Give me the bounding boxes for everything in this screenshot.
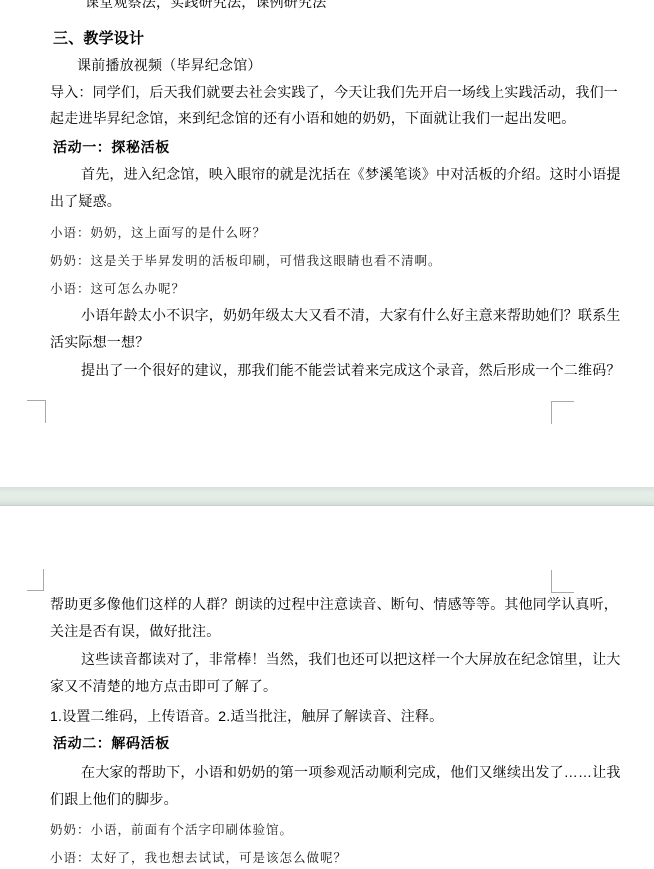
dialogue-line-grandma[interactable]: 奶奶：小语，前面有个活字印刷体验馆。 bbox=[50, 822, 293, 838]
paragraph-line[interactable]: 出了疑惑。 bbox=[50, 193, 121, 209]
paragraph-line[interactable]: 在大家的帮助下，小语和奶奶的第一项参观活动顺利完成，他们又继续出发了……让我 bbox=[81, 764, 621, 780]
dialogue-line-grandma[interactable]: 奶奶：这是关于毕昇发明的活板印刷，可惜我这眼睛也看不清啊。 bbox=[50, 253, 442, 269]
document-canvas: 课堂观察法，实践研究法，课例研究法 三、教学设计 课前播放视频（毕昇纪念馆） 导… bbox=[0, 0, 654, 869]
paragraph-line[interactable]: 们跟上他们的脚步。 bbox=[50, 791, 178, 807]
paragraph-line-clipped[interactable]: 课堂观察法，实践研究法，课例研究法 bbox=[85, 0, 326, 10]
text-boundary-mark-top-right bbox=[551, 570, 574, 593]
paragraph-line[interactable]: 活实际想一想？ bbox=[50, 334, 149, 350]
paragraph-line[interactable]: 家又不清楚的地方点击即可了解了。 bbox=[50, 678, 277, 694]
text-boundary-mark-top-left bbox=[27, 569, 44, 591]
paragraph-line[interactable]: 关注是否有误，做好批注。 bbox=[50, 623, 220, 639]
paragraph-line[interactable]: 提出了一个很好的建议，那我们能不能尝试着来完成这个录音，然后形成一个二维码？ bbox=[81, 362, 621, 378]
paragraph-line-numbered-steps[interactable]: 1.设置二维码，上传语音。2.适当批注，触屏了解读音、注释。 bbox=[50, 708, 443, 724]
paragraph-line[interactable]: 课前播放视频（毕昇纪念馆） bbox=[77, 57, 262, 73]
dialogue-line-xiaoyu[interactable]: 小语：这可怎么办呢？ bbox=[50, 281, 185, 297]
section-heading-teaching-design[interactable]: 三、教学设计 bbox=[53, 31, 144, 47]
paragraph-line[interactable]: 首先，进入纪念馆，映入眼帘的就是沈括在《梦溪笔谈》中对活板的介绍。这时小语提 bbox=[81, 166, 621, 182]
paragraph-line[interactable]: 小语年龄太小不识字，奶奶年级太大又看不清，大家有什么好主意来帮助她们？联系生 bbox=[81, 307, 621, 323]
dialogue-line-xiaoyu[interactable]: 小语：奶奶，这上面写的是什么呀？ bbox=[50, 225, 266, 241]
paragraph-line[interactable]: 帮助更多像他们这样的人群？朗读的过程中注意读音、断句、情感等等。其他同学认真听， bbox=[50, 596, 618, 612]
paragraph-line[interactable]: 导入：同学们，后天我们就要去社会实践了，今天让我们先开启一场线上实践活动，我们一 bbox=[50, 84, 618, 100]
paragraph-line[interactable]: 起走进毕昇纪念馆，来到纪念馆的还有小语和她的奶奶，下面就让我们一起出发吧。 bbox=[50, 110, 575, 126]
section-heading-activity-one[interactable]: 活动一：探秘活板 bbox=[53, 139, 170, 155]
text-boundary-mark-bottom-right bbox=[551, 401, 574, 424]
page-break-divider bbox=[0, 487, 654, 506]
dialogue-line-xiaoyu[interactable]: 小语：太好了，我也想去试试，可是该怎么做呢？ bbox=[50, 850, 347, 866]
paragraph-line[interactable]: 这些读音都读对了，非常棒！当然，我们也还可以把这样一个大屏放在纪念馆里，让大 bbox=[81, 651, 621, 667]
section-heading-activity-two[interactable]: 活动二：解码活板 bbox=[53, 735, 170, 751]
text-boundary-mark-bottom-left bbox=[27, 400, 46, 423]
